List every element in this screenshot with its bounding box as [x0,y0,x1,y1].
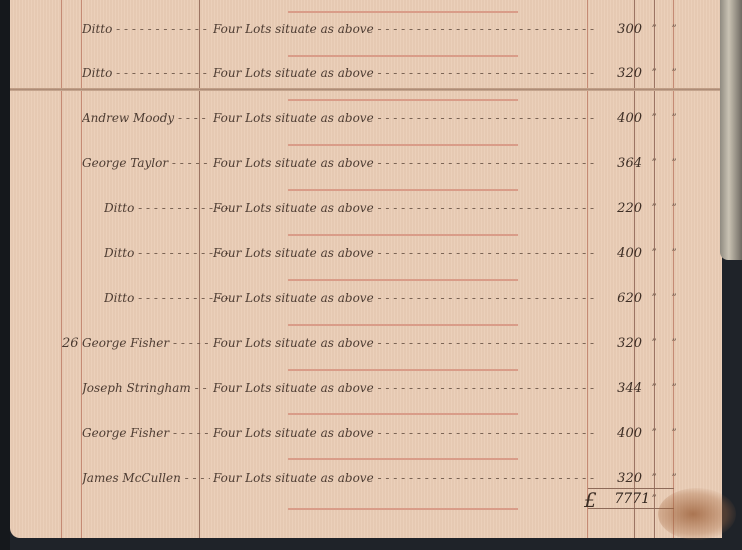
amount-shillings: ” [648,383,660,394]
amount-pounds: 400 [602,426,642,441]
purchaser-name: George Fisher [82,426,210,440]
amount-pounds: 320 [602,66,642,81]
ledger-row: Ditto Four Lots situate as above 300 ” ” [10,20,722,44]
lot-description: Four Lots situate as above [213,381,596,395]
amount-pounds: 364 [602,156,642,171]
amount-shillings: ” [648,428,660,439]
amount-pounds: 320 [602,336,642,351]
lot-description: Four Lots situate as above [213,471,596,485]
amount-shillings: ” [648,203,660,214]
ledger-row: Ditto Four Lots situate as above 400 ” ” [10,244,722,268]
amount-pence: ” [668,203,680,214]
amount-shillings: ” [648,24,660,35]
amount-shillings: ” [648,248,660,259]
amount-pence: ” [668,473,680,484]
amount-pence: ” [668,383,680,394]
separator-rule [288,11,518,13]
separator-rule [288,413,518,415]
entry-number: 26 [62,336,82,351]
lot-description: Four Lots situate as above [213,22,596,36]
purchaser-name: Ditto [82,66,210,80]
separator-rule [288,369,518,371]
purchaser-name: George Taylor [82,156,210,170]
ledger-row: George Taylor Four Lots situate as above… [10,154,722,178]
scan-background-edge [0,0,10,550]
amount-pence: ” [668,158,680,169]
separator-rule [288,279,518,281]
amount-pounds: 400 [602,246,642,261]
separator-rule [288,99,518,101]
water-stain [658,488,736,540]
ledger-page: Ditto Four Lots situate as above 300 ” ”… [10,0,722,538]
ledger-row: Ditto Four Lots situate as above 220 ” ” [10,199,722,223]
lot-description: Four Lots situate as above [213,291,596,305]
total-pounds: 7771 [602,491,650,507]
separator-rule [288,55,518,57]
total-shillings: ” [648,494,660,505]
separator-rule [288,508,518,510]
amount-pence: ” [668,338,680,349]
lot-description: Four Lots situate as above [213,201,596,215]
amount-pence: ” [668,428,680,439]
lot-description: Four Lots situate as above [213,156,596,170]
amount-shillings: ” [648,473,660,484]
amount-pence: ” [668,24,680,35]
lot-description: Four Lots situate as above [213,426,596,440]
purchaser-name: George Fisher [82,336,210,350]
amount-pounds: 344 [602,381,642,396]
ledger-row: Ditto Four Lots situate as above 320 ” ” [10,64,722,88]
separator-rule [288,234,518,236]
amount-shillings: ” [648,158,660,169]
page-fold-crease [10,88,722,91]
ledger-row: 26 George Fisher Four Lots situate as ab… [10,334,722,358]
amount-pence: ” [668,248,680,259]
purchaser-name: Ditto [82,22,210,36]
total-rule-top [588,488,674,489]
lot-description: Four Lots situate as above [213,336,596,350]
ledger-row: James McCullen Four Lots situate as abov… [10,469,722,493]
separator-rule [288,144,518,146]
lot-description: Four Lots situate as above [213,111,596,125]
amount-pounds: 400 [602,111,642,126]
amount-shillings: ” [648,338,660,349]
amount-pounds: 620 [602,291,642,306]
amount-shillings: ” [648,68,660,79]
amount-shillings: ” [648,293,660,304]
purchaser-name: James McCullen [82,471,210,485]
pound-sign: £ [584,488,597,512]
purchaser-name: Andrew Moody [82,111,210,125]
amount-pence: ” [668,113,680,124]
separator-rule [288,324,518,326]
ledger-row: Andrew Moody Four Lots situate as above … [10,109,722,133]
lot-description: Four Lots situate as above [213,66,596,80]
amount-pence: ” [668,68,680,79]
separator-rule [288,458,518,460]
separator-rule [288,189,518,191]
ledger-row: Joseph Stringham Four Lots situate as ab… [10,379,722,403]
ledger-row: George Fisher Four Lots situate as above… [10,424,722,448]
book-binding-edge [720,0,742,260]
lot-description: Four Lots situate as above [213,246,596,260]
purchaser-name: Joseph Stringham [82,381,210,395]
amount-pence: ” [668,293,680,304]
amount-shillings: ” [648,113,660,124]
ledger-row: Ditto Four Lots situate as above 620 ” ” [10,289,722,313]
amount-pounds: 300 [602,22,642,37]
amount-pounds: 220 [602,201,642,216]
amount-pounds: 320 [602,471,642,486]
